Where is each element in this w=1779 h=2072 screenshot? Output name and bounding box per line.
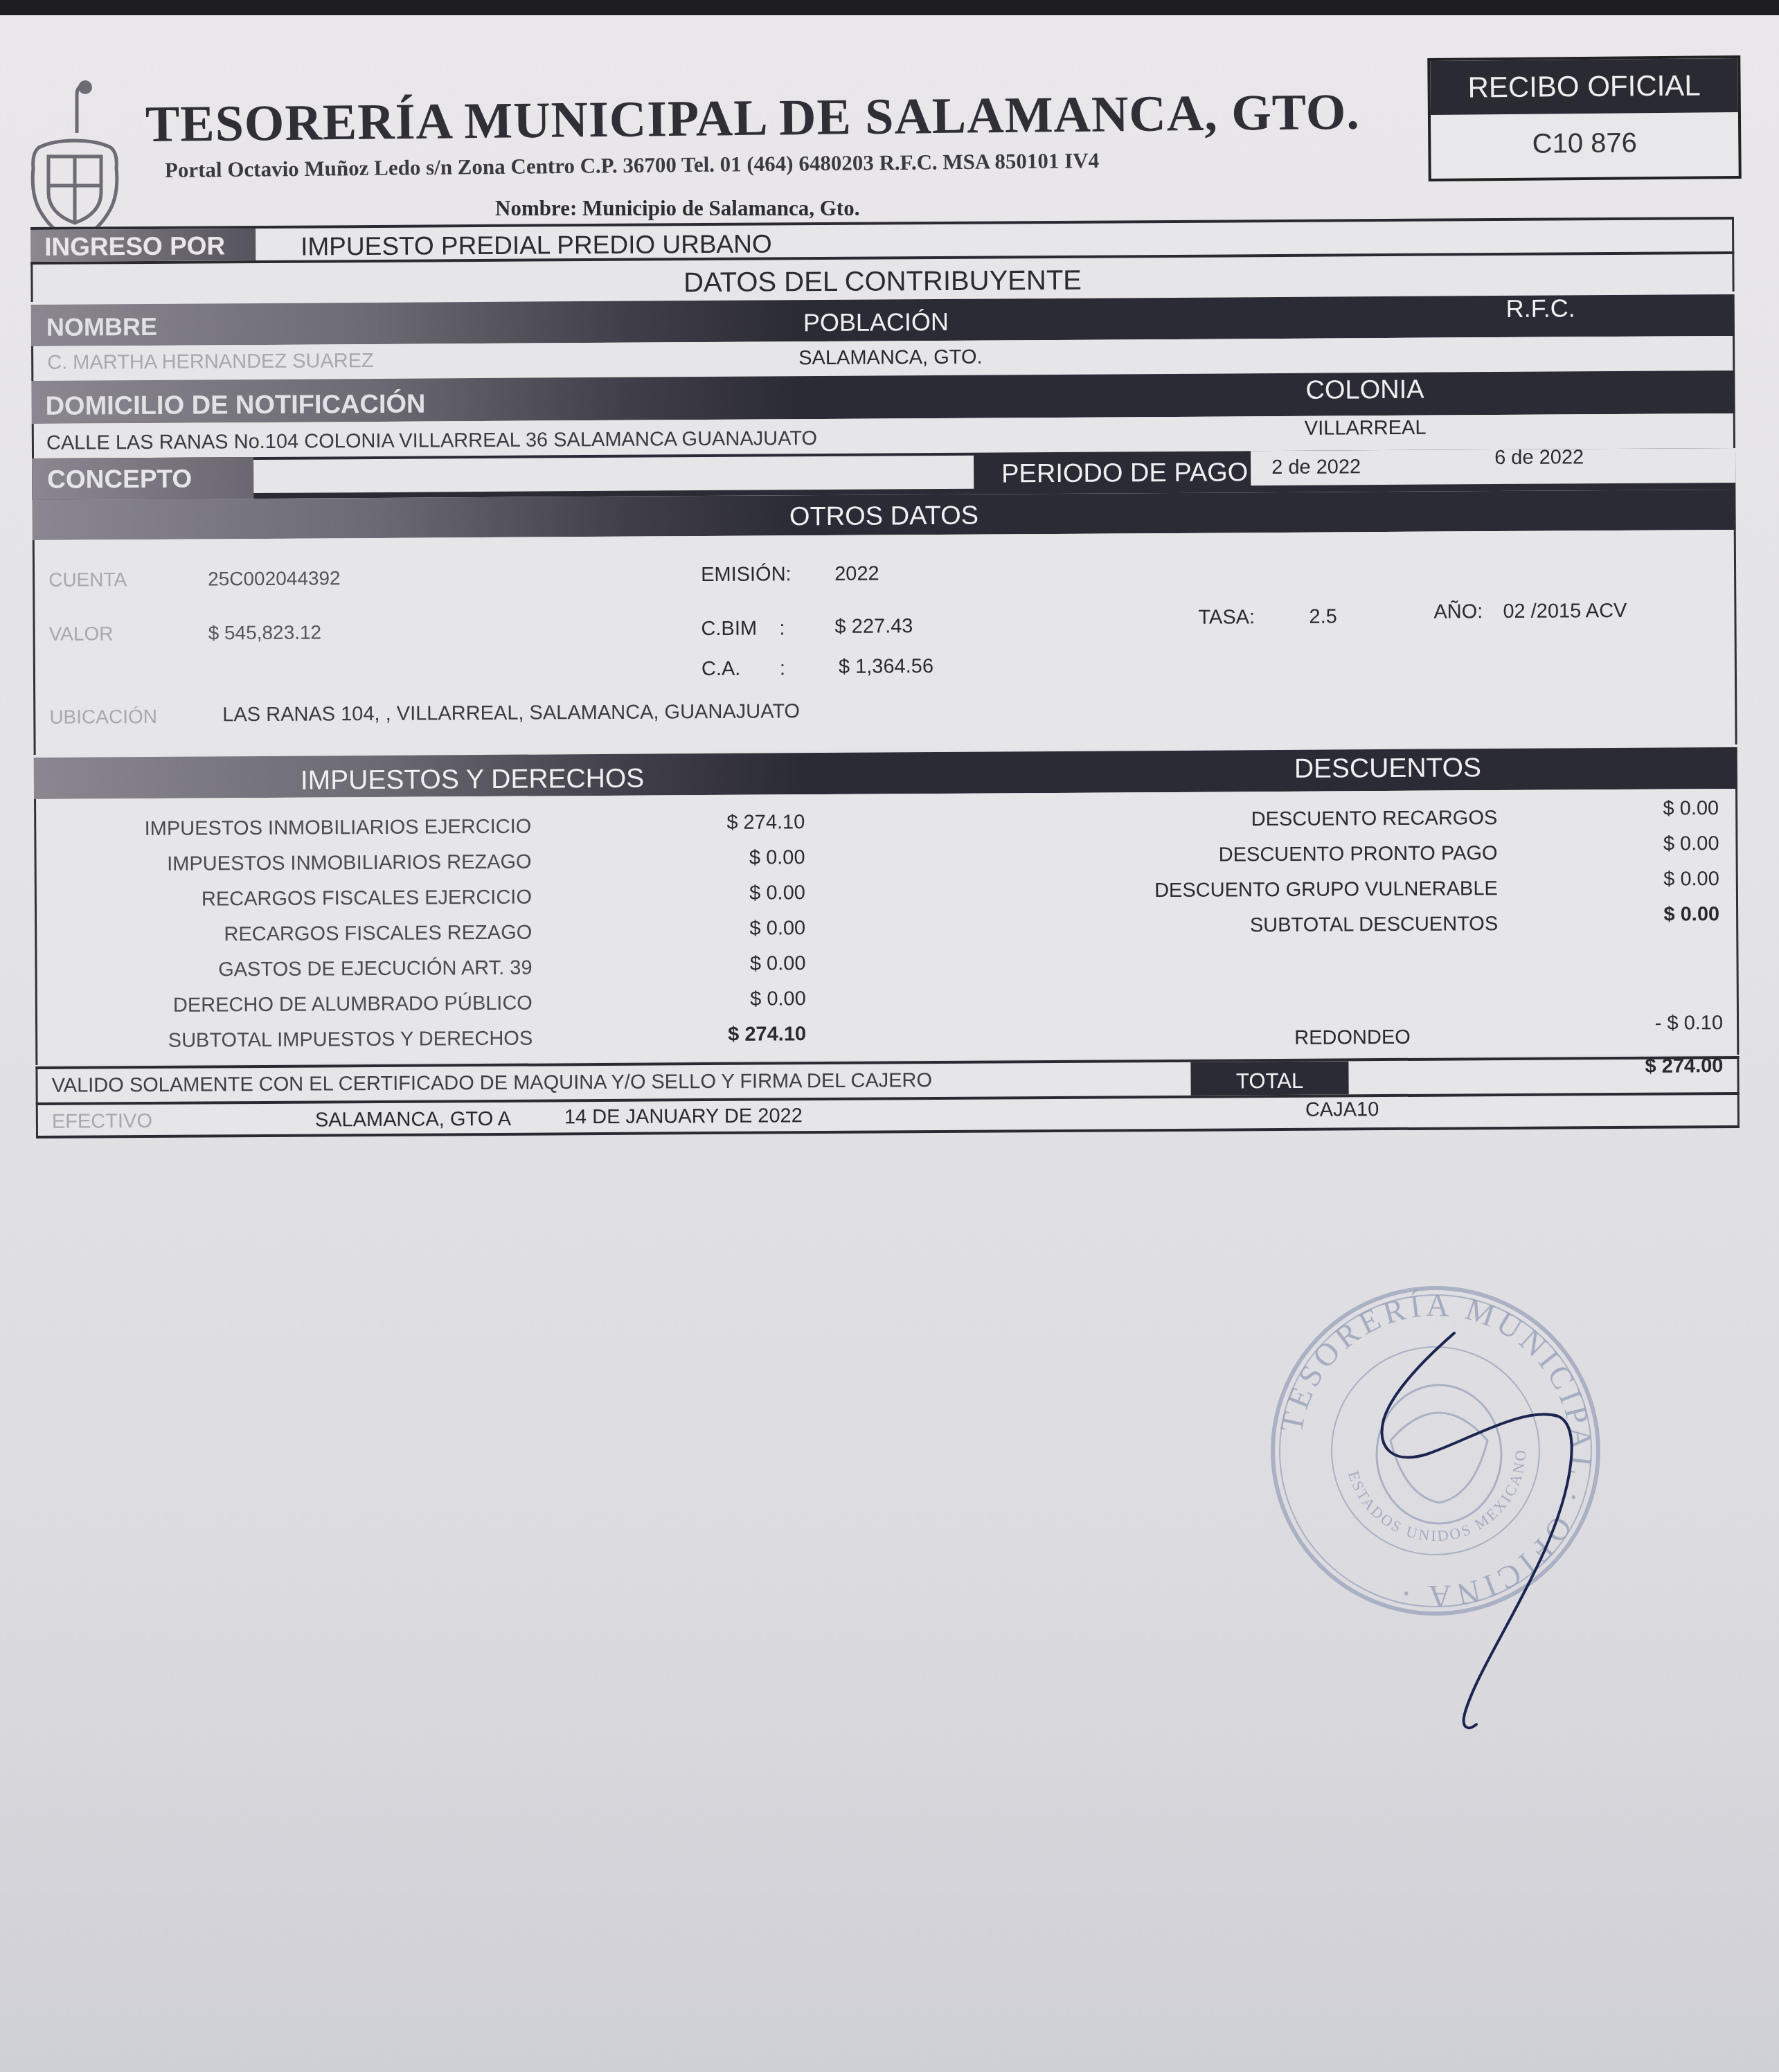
impuesto-row-label: RECARGOS FISCALES REZAGO — [224, 922, 532, 947]
descuento-row-value: $ 0.00 — [1663, 903, 1719, 926]
ubicacion-value: LAS RANAS 104, , VILLARREAL, SALAMANCA, … — [222, 700, 800, 726]
impuesto-row-label: DERECHO DE ALUMBRADO PÚBLICO — [173, 992, 533, 1017]
place-prefix: SALAMANCA, GTO A — [315, 1108, 511, 1132]
tasa-label: TASA: — [1198, 606, 1255, 629]
impuestos-list: IMPUESTOS INMOBILIARIOS EJERCICIO$ 274.1… — [36, 794, 806, 1065]
coat-of-arms-icon — [19, 75, 130, 241]
periodo-field: 2 de 2022 6 de 2022 — [1251, 448, 1735, 485]
nombre-label: NOMBRE — [46, 312, 157, 342]
impuesto-row: IMPUESTOS INMOBILIARIOS EJERCICIO$ 274.1… — [36, 810, 805, 845]
total-label: TOTAL — [1190, 1068, 1348, 1093]
descuento-row: DESCUENTO GRUPO VULNERABLE$ 0.00 — [972, 872, 1733, 907]
contribuyente-poblacion: SALAMANCA, GTO. — [798, 346, 983, 370]
descuentos-title: DESCUENTOS — [1294, 753, 1481, 785]
descuento-row: SUBTOTAL DESCUENTOS$ 0.00 — [972, 907, 1733, 943]
periodo-label: PERIODO DE PAGO — [1001, 458, 1248, 489]
cuenta-value: 25C002044392 — [208, 567, 341, 590]
impuesto-row: GASTOS DE EJECUCIÓN ART. 39$ 0.00 — [37, 951, 805, 986]
periodo-hasta: 6 de 2022 — [1494, 446, 1584, 470]
valor-label: VALOR — [48, 623, 113, 645]
periodo-desde: 2 de 2022 — [1271, 456, 1361, 479]
impuesto-row: RECARGOS FISCALES EJERCICIO$ 0.00 — [37, 880, 805, 916]
receipt-form: INGRESO POR IMPUESTO PREDIAL PREDIO URBA… — [30, 217, 1740, 1136]
descuento-row-label: DESCUENTO PRONTO PAGO — [1219, 842, 1498, 866]
rfc-label: R.F.C. — [1506, 294, 1575, 323]
impuesto-row-value: $ 0.00 — [749, 846, 805, 869]
conceptos-body: IMPUESTOS INMOBILIARIOS EJERCICIO$ 274.1… — [34, 789, 1739, 1065]
descuentos-list: DESCUENTO RECARGOS$ 0.00DESCUENTO PRONTO… — [971, 789, 1734, 1060]
cbim-value: $ 227.43 — [834, 615, 913, 638]
issuer-address: Portal Octavio Muñoz Ledo s/n Zona Centr… — [165, 148, 1099, 183]
impuestos-title: IMPUESTOS Y DERECHOS — [301, 764, 645, 796]
impuesto-row: RECARGOS FISCALES REZAGO$ 0.00 — [37, 916, 805, 951]
anio-value: 02 /2015 ACV — [1503, 600, 1627, 623]
descuento-row: DESCUENTO RECARGOS$ 0.00 — [971, 801, 1733, 837]
colonia-label: COLONIA — [1305, 375, 1424, 406]
colonia-value: VILLARREAL — [1305, 417, 1427, 440]
impuesto-row-value: $ 274.10 — [726, 811, 805, 834]
payment-date: 14 DE JANUARY DE 2022 — [564, 1105, 803, 1129]
contribuyente-nombre: C. MARTHA HERNANDEZ SUAREZ — [47, 350, 374, 375]
validity-note: VALIDO SOLAMENTE CON EL CERTIFICADO DE M… — [51, 1069, 932, 1098]
ca-value: $ 1,364.56 — [839, 655, 933, 679]
issuer-title: TESORERÍA MUNICIPAL DE SALAMANCA, GTO. — [145, 84, 1268, 154]
receipt-number-box: RECIBO OFICIAL C10 876 — [1427, 55, 1742, 181]
otros-datos-body: CUENTA 25C002044392 EMISIÓN: 2022 VALOR … — [33, 530, 1737, 755]
anio-label: AÑO: — [1433, 600, 1483, 623]
impuesto-row-value: $ 0.00 — [750, 952, 806, 975]
poblacion-label: POBLACIÓN — [803, 307, 949, 337]
impuesto-row-label: SUBTOTAL IMPUESTOS Y DERECHOS — [168, 1028, 533, 1053]
impuesto-row-value: $ 0.00 — [750, 988, 806, 1010]
ingreso-label: INGRESO POR — [44, 231, 225, 262]
ubicacion-label: UBICACIÓN — [49, 706, 157, 729]
concepto-field — [253, 456, 974, 493]
domicilio-label: DOMICILIO DE NOTIFICACIÓN — [45, 390, 425, 422]
descuento-row-label: DESCUENTO GRUPO VULNERABLE — [1154, 877, 1498, 902]
signature-icon — [1350, 1316, 1613, 1745]
total-value: $ 274.00 — [1645, 1055, 1723, 1078]
descuento-row-value: $ 0.00 — [1663, 797, 1719, 820]
redondeo-label: REDONDEO — [1294, 1026, 1411, 1050]
impuesto-row: IMPUESTOS INMOBILIARIOS REZAGO$ 0.00 — [36, 845, 805, 880]
emision-label: EMISIÓN: — [701, 563, 792, 587]
receipt-label: RECIBO OFICIAL — [1430, 58, 1738, 115]
tasa-value: 2.5 — [1309, 605, 1337, 628]
impuesto-row: SUBTOTAL IMPUESTOS Y DERECHOS$ 274.10 — [37, 1021, 806, 1057]
descuento-row-label: DESCUENTO RECARGOS — [1251, 807, 1498, 831]
descuento-row-value: $ 0.00 — [1663, 832, 1719, 855]
valor-value: $ 545,823.12 — [208, 621, 321, 644]
impuesto-row: DERECHO DE ALUMBRADO PÚBLICO$ 0.00 — [37, 986, 806, 1021]
impuesto-row-label: GASTOS DE EJECUCIÓN ART. 39 — [218, 957, 533, 982]
impuesto-row-value: $ 274.10 — [728, 1023, 806, 1046]
ca-label: C.A. — [701, 658, 741, 681]
payment-method: EFECTIVO — [52, 1110, 152, 1134]
descuento-row-label: SUBTOTAL DESCUENTOS — [1250, 913, 1498, 937]
impuesto-row-label: IMPUESTOS INMOBILIARIOS EJERCICIO — [145, 816, 532, 841]
descuento-row: DESCUENTO PRONTO PAGO$ 0.00 — [971, 837, 1733, 872]
ingreso-value: IMPUESTO PREDIAL PREDIO URBANO — [301, 229, 772, 261]
concepto-label: CONCEPTO — [47, 465, 192, 494]
impuesto-row-label: IMPUESTOS INMOBILIARIOS REZAGO — [167, 851, 532, 876]
photo-top-edge — [0, 0, 1779, 15]
emision-value: 2022 — [834, 563, 879, 586]
cashier-box: CAJA10 — [1305, 1098, 1379, 1122]
receipt-number: C10 876 — [1431, 112, 1739, 175]
issuer-name: Nombre: Municipio de Salamanca, Gto. — [495, 196, 859, 221]
impuesto-row-label: RECARGOS FISCALES EJERCICIO — [202, 886, 532, 911]
cbim-label: C.BIM — [701, 618, 757, 641]
cuenta-label: CUENTA — [48, 569, 127, 591]
redondeo-value: - $ 0.10 — [1655, 1012, 1724, 1035]
impuesto-row-value: $ 0.00 — [749, 882, 805, 904]
domicilio-value: CALLE LAS RANAS No.104 COLONIA VILLARREA… — [46, 427, 817, 455]
impuesto-row-value: $ 0.00 — [749, 917, 805, 940]
descuento-row-value: $ 0.00 — [1663, 868, 1719, 891]
